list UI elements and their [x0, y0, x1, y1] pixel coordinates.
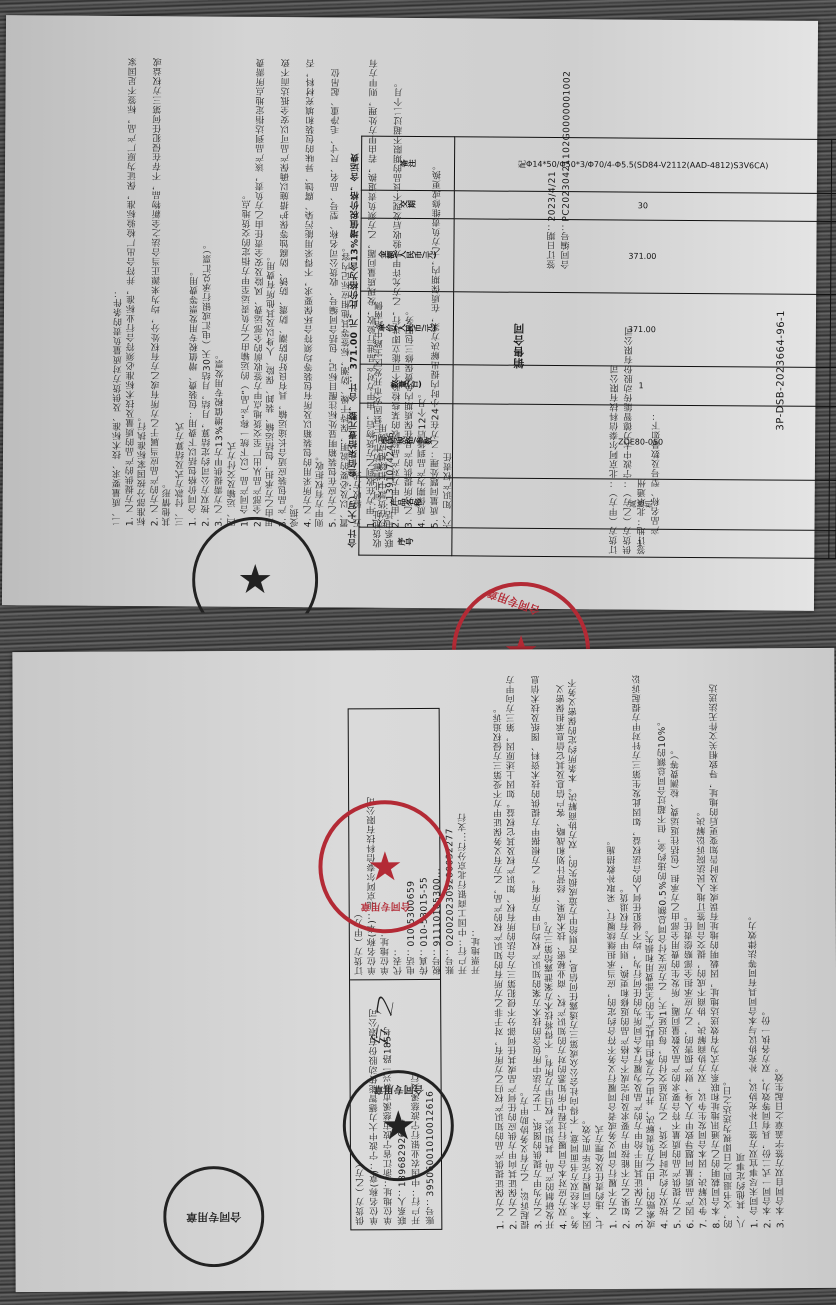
clause-line: 3. 乙方为甲方提供的图纸、工艺方法中所包含的技术方案的知识产权均归甲方所有。乙… [530, 669, 557, 1229]
page-1-clauses: 二、质量要求、技术标准、及供货方对质量负责的条件：1. 乙方提供的产品的质量及技… [112, 56, 458, 528]
goods-cell: ZDE80-050 [453, 404, 830, 480]
goods-empty-cell [830, 221, 836, 294]
company-seal-black: ★ [192, 516, 319, 643]
clause-line: 3. 产品包装应适合长途运输，具有良好的防潮、防震、防锈、防腐蚀等保护措施以确保… [278, 57, 305, 527]
partial-contract-stamp: 合同专用章 [163, 1166, 265, 1268]
goods-cell: 1 [452, 528, 828, 558]
goods-empty-cell [829, 480, 836, 531]
buyer-invoice-address: 开票地址： [470, 713, 483, 975]
total-amount: 371.00 [350, 332, 360, 370]
goods-empty-cell [831, 193, 836, 221]
page-2-clauses: 1. 乙方保证提供产品的知识产权归乙方所有，对于非乙方所有的知识产权的产品，乙方… [492, 668, 787, 1230]
goods-cell: 30 [454, 191, 830, 221]
buyer-bank: 开户行：中国工商银行北京分行...支行 [457, 713, 470, 975]
seal-star-icon: ★ [237, 560, 273, 600]
seal-text: 合同专用章 [485, 585, 542, 619]
goods-empty-cell [830, 294, 836, 367]
contract-page-2: 1. 乙方保证提供产品的知识产权归乙方所有，对于非乙方所有的知识产权的产品，乙方… [12, 648, 836, 1292]
goods-cell: 减速机 [452, 477, 829, 530]
page-2-content: 1. 乙方保证提供产品的知识产权归乙方所有，对于非乙方所有的知识产权的产品，乙方… [12, 648, 836, 1292]
clause-line: 3. 乙方保证其用于给甲方的产品及为履行本合同所为的任何行为，均不侵犯任何人的合… [631, 669, 658, 1229]
clause-line: 3. 本合同自双方签字盖章之日起生效。 [772, 668, 787, 1228]
goods-table-wrap: 序号产品名称型号规格/参数数量(台)单价(人民币/元)金额(人民币/元)交期备注… [668, 58, 781, 559]
clause-line: 4. 双方应对本合同履行过程中所知悉的对方的知识产权、商业秘密、技术成果、经营计… [555, 669, 594, 1229]
partial-stamp-text: 合同专用章 [186, 1208, 241, 1224]
clause-line: 2. 乙方的产品应当属于乙方所有或乙方有权处分，均为来源正当合法之全新物品，不存… [150, 56, 177, 526]
seller-contract-seal: ★ 合同专用章 [343, 1070, 455, 1182]
goods-empty-cell [829, 368, 836, 407]
goods-empty-cell [831, 139, 836, 193]
contract-page-1: 销售合同 签订日期：2023/4/21 合同编号：PC20230421102G0… [2, 15, 818, 611]
goods-cell: 371.00 [453, 292, 830, 368]
total-label: 合计（大写）： [348, 481, 358, 548]
buyer-seal-sub: 合同专用章 [360, 900, 410, 915]
clause-line: 1. 乙方提供的产品的质量及技术标准必须符合行业标准，并符合出厂检验标准，保证为… [125, 56, 152, 526]
goods-cell: 配Φ14*50/Φ50*3/Φ70/4-Φ5.5(SD84-V2112(AAD-… [455, 137, 832, 193]
clause-line: 4. 乙方所采用的包装箱以及所有包装等均须符合环保要求，不得采用能污染、腐蚀、异… [303, 57, 330, 527]
goods-cell: 371.00 [454, 218, 831, 294]
total-note: 元，此价格为含13%增值税价格，含运费 [350, 153, 361, 328]
page-1-content: 销售合同 签订日期：2023/4/21 合同编号：PC20230421102G0… [2, 15, 818, 611]
buyer-contract-seal: ★ 合同专用章 [318, 800, 452, 934]
delivery-phone: 联系电话：13910742406 [384, 432, 397, 548]
seller-seal-sub: 合同专用章 [373, 1083, 423, 1098]
clause-line: 2. 乙方保证其向甲方供应的任何产品或其任何部分不侵犯第三方合法的所有权、知识产… [505, 669, 532, 1229]
clause-line: 2. 全部产品从出厂至交货地点甲方签收前的全部运费、风险及安全责任由乙方负责，该… [253, 57, 280, 527]
seal-star-icon: ★ [367, 847, 403, 887]
goods-empty-cell [829, 407, 836, 480]
clause-line: 8. 本合同载明的乙方通讯地址和联系方式为有效送达地址，因载明的地址有误或未及时… [708, 668, 735, 1228]
goods-table-row: 1减速机ZDE80-0501371.00371.0030配Φ14*50/Φ50*… [452, 137, 831, 559]
goods-cell: 1 [453, 365, 830, 407]
total-words: 叁佰柒拾壹元整，合计： [349, 373, 360, 478]
seal-star-icon: ★ [380, 1106, 416, 1146]
